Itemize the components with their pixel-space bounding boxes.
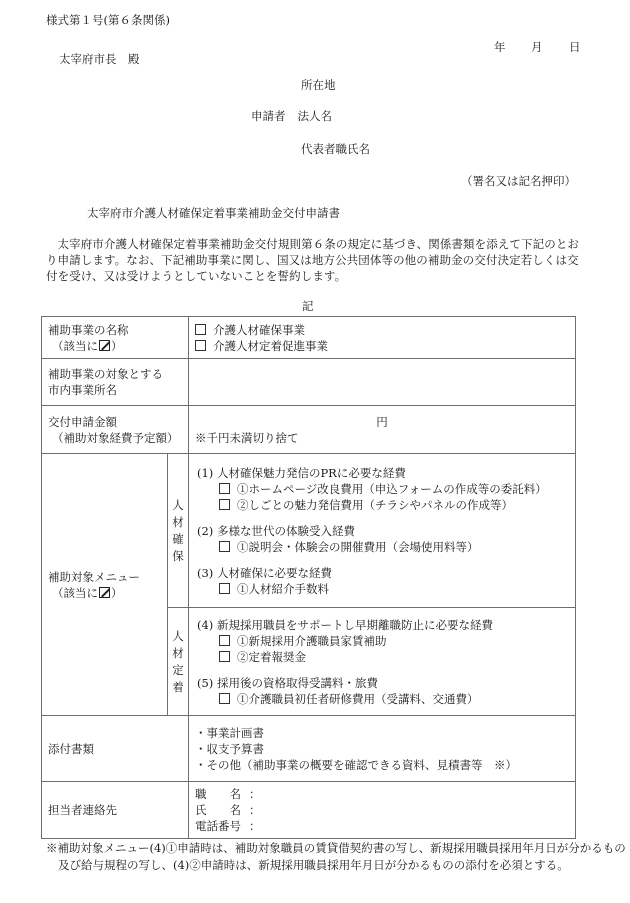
facility-label-cell: 補助事業の対象とする 市内事業所名: [42, 359, 189, 406]
amount-label-line2: （補助対象経費予定額）: [48, 430, 182, 446]
group-kakuho-items: (1) 人材確保魅力発信のPRに必要な経費 ①ホームページ改良費用（申込フォーム…: [189, 454, 576, 608]
date-day-label: 日: [569, 40, 581, 56]
signature-note: （署名又は記名押印）: [461, 174, 576, 190]
row-attachments: 添付書類 ・事業計画書 ・収支予算書 ・その他（補助事業の概要を確認できる資料、…: [42, 716, 576, 782]
checkbox-icon[interactable]: [219, 635, 230, 646]
row-project-name: 補助事業の名称 （該当に） 介護人材確保事業 介護人材定着促進事業: [42, 317, 576, 359]
checkbox-icon[interactable]: [219, 499, 230, 510]
menu-label-note: （該当に）: [48, 585, 161, 601]
project-name-note: （該当に）: [48, 338, 182, 354]
applicant-label: 申請者: [251, 109, 286, 123]
facility-label-line2: 市内事業所名: [48, 382, 182, 398]
document-title: 太宰府市介護人材確保定着事業補助金交付申請書: [87, 206, 340, 222]
section-heading: (3) 人材確保に必要な経費: [195, 565, 569, 581]
checkbox-icon[interactable]: [219, 541, 230, 552]
amount-note: ※千円未満切り捨て: [195, 430, 569, 446]
row-amount: 交付申請金額 （補助対象経費予定額） 円 ※千円未満切り捨て: [42, 406, 576, 454]
amount-input[interactable]: 円 ※千円未満切り捨て: [189, 406, 576, 454]
checked-box-icon: [99, 587, 110, 598]
amount-label-line1: 交付申請金額: [48, 414, 182, 430]
section-heading: (1) 人材確保魅力発信のPRに必要な経費: [195, 465, 569, 481]
document-body: 太宰府市介護人材確保定着事業補助金交付規則第６条の規定に基づき、関係書類を添えて…: [46, 236, 586, 284]
amount-unit: 円: [195, 414, 569, 430]
menu-option[interactable]: ①新規採用介護職員家賃補助: [195, 633, 569, 649]
checked-box-icon: [99, 340, 110, 351]
application-table: 補助事業の名称 （該当に） 介護人材確保事業 介護人材定着促進事業 補助事業の対…: [41, 316, 576, 839]
facility-input[interactable]: [189, 359, 576, 406]
checkbox-icon[interactable]: [219, 651, 230, 662]
option-kaigo-kakuho[interactable]: 介護人材確保事業: [195, 322, 569, 338]
contact-phone-field[interactable]: 電話番号：: [195, 818, 569, 834]
checkbox-icon[interactable]: [219, 693, 230, 704]
applicant-block: 申請者法人名: [251, 109, 332, 125]
row-facility: 補助事業の対象とする 市内事業所名: [42, 359, 576, 406]
menu-label: 補助対象メニュー: [48, 569, 161, 585]
representative-label: 代表者職氏名: [301, 142, 370, 158]
facility-label-line1: 補助事業の対象とする: [48, 366, 182, 382]
project-name-options-cell: 介護人材確保事業 介護人材定着促進事業: [189, 317, 576, 359]
menu-option[interactable]: ②定着報奨金: [195, 649, 569, 665]
section-heading: (2) 多様な世代の体験受入経費: [195, 523, 569, 539]
attachments-list: ・事業計画書 ・収支予算書 ・その他（補助事業の概要を確認できる資料、見積書等 …: [189, 716, 576, 782]
row-menu-kakuho: 補助対象メニュー （該当に） 人材確保 (1) 人材確保魅力発信のPRに必要な経…: [42, 454, 576, 608]
menu-option[interactable]: ①説明会・体験会の開催費用（会場使用料等）: [195, 539, 569, 555]
option-kaigo-teichaku[interactable]: 介護人材定着促進事業: [195, 338, 569, 354]
checkbox-icon[interactable]: [219, 483, 230, 494]
contact-fields: 職 名： 氏 名： 電話番号：: [189, 782, 576, 839]
attachments-label: 添付書類: [42, 716, 189, 782]
contact-label: 担当者連絡先: [42, 782, 189, 839]
group-kakuho-label: 人材確保: [168, 454, 189, 608]
contact-name-field[interactable]: 氏 名：: [195, 802, 569, 818]
section-heading: (5) 採用後の資格取得受講料・旅費: [195, 675, 569, 691]
addressee: 太宰府市長 殿: [59, 52, 140, 68]
attachment-item: ・事業計画書: [195, 725, 569, 741]
row-contact: 担当者連絡先 職 名： 氏 名： 電話番号：: [42, 782, 576, 839]
group-teichaku-label: 人材定着: [168, 608, 189, 716]
project-name-label: 補助事業の名称: [48, 322, 182, 338]
address-label: 所在地: [301, 78, 336, 94]
checkbox-icon[interactable]: [195, 324, 206, 335]
attachment-item: ・収支予算書: [195, 741, 569, 757]
checkbox-icon[interactable]: [219, 583, 230, 594]
amount-label-cell: 交付申請金額 （補助対象経費予定額）: [42, 406, 189, 454]
form-number: 様式第１号(第６条関係): [46, 13, 170, 29]
checkbox-icon[interactable]: [195, 340, 206, 351]
project-name-label-cell: 補助事業の名称 （該当に）: [42, 317, 189, 359]
corporation-label: 法人名: [298, 109, 333, 123]
menu-option[interactable]: ②しごとの魅力発信費用（チラシやパネルの作成等）: [195, 497, 569, 513]
menu-option[interactable]: ①人材紹介手数料: [195, 581, 569, 597]
menu-option[interactable]: ①ホームページ改良費用（申込フォームの作成等の委託料）: [195, 481, 569, 497]
date-year-label: 年: [494, 40, 506, 56]
menu-option[interactable]: ①介護職員初任者研修費用（受講料、交通費）: [195, 691, 569, 707]
group-teichaku-items: (4) 新規採用職員をサポートし早期離職防止に必要な経費 ①新規採用介護職員家賃…: [189, 608, 576, 716]
date-month-label: 月: [531, 40, 543, 56]
section-heading: (4) 新規採用職員をサポートし早期離職防止に必要な経費: [195, 617, 569, 633]
contact-title-field[interactable]: 職 名：: [195, 786, 569, 802]
attachment-item: ・その他（補助事業の概要を確認できる資料、見積書等 ※）: [195, 757, 569, 773]
footnote: ※補助対象メニュー(4)①申請時は、補助対象職員の賃貸借契約書の写し、新規採用職…: [46, 840, 628, 874]
menu-label-cell: 補助対象メニュー （該当に）: [42, 454, 168, 716]
ki-heading: 記: [302, 299, 314, 315]
